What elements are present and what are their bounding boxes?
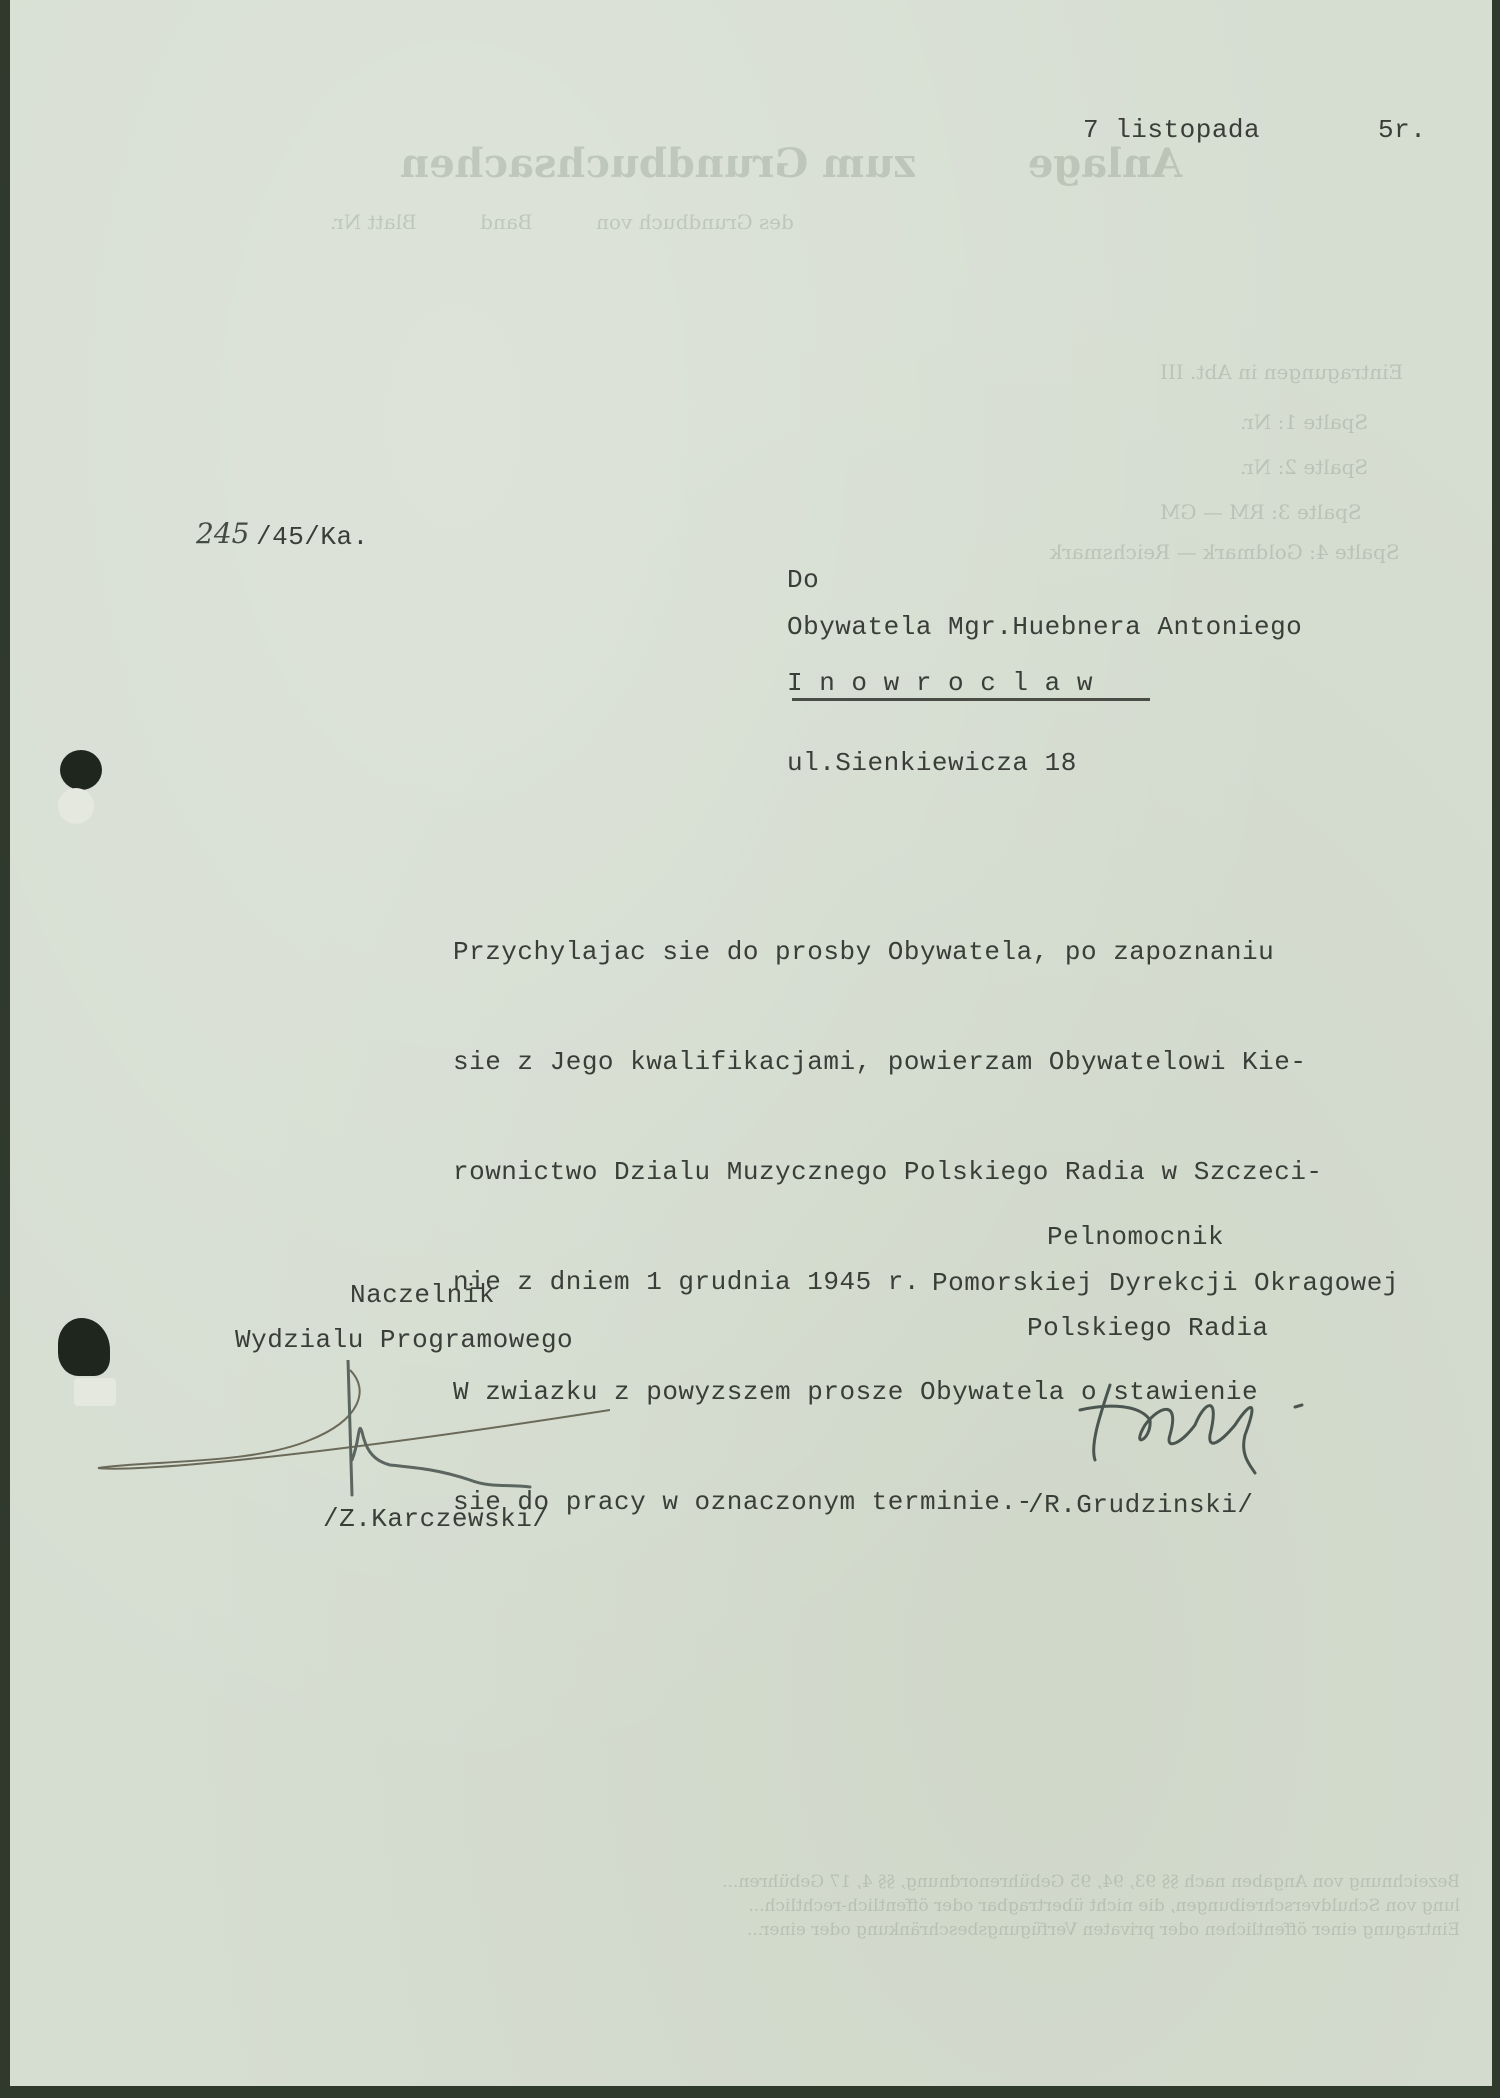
bleed-through-line: Eintragungen in Abt. III [1160,360,1403,384]
addressee-salutation: Do [787,565,819,595]
bleed-through-footer: Bezeichnung von Angaben nach §§ 93, 94, … [210,1870,1460,1942]
date-year: 5r. [1378,115,1426,145]
right-signatory-name: /R.Grudzinski/ [1028,1490,1253,1520]
body-line: sie z Jego kwalifikacjami, powierzam Oby… [453,1047,1323,1097]
body-line: rownictwo Dzialu Muzycznego Polskiego Ra… [453,1157,1323,1207]
left-title-line1: Naczelnik [350,1280,495,1310]
bleed-through-line: Spalte 1: Nr. [1240,410,1368,434]
reference-handwritten: 245 [196,517,249,550]
bleed-through-line: Spalte 4: Goldmark — Reichsmark [1050,540,1400,564]
left-signatory-name: /Z.Karczewski/ [323,1504,548,1534]
left-title-line2: Wydzialu Programowego [235,1325,573,1355]
right-title-line2: Pomorskiej Dyrekcji Okragowej [932,1268,1399,1298]
letter-paper: Anlage zum Grundbuchsachen des Grundbuch… [10,0,1492,2086]
right-title-line1: Pelnomocnik [1047,1222,1224,1252]
bleed-through-subheader: des Grundbuch von Band Blatt Nr. [330,210,794,234]
right-title-line3: Polskiego Radia [1027,1313,1269,1343]
punch-hole-upper-patch [58,788,94,824]
bleed-through-line: Spalte 3: RM — GM [1160,500,1362,524]
punch-hole-upper [60,750,102,790]
punch-hole-lower-patch [74,1378,116,1406]
signature-right [1070,1365,1370,1485]
date-day-month: 7 listopada [1083,115,1260,145]
reference-typed: /45/Ka. [256,522,369,552]
city-underline [792,698,1150,701]
bleed-through-line: Spalte 2: Nr. [1240,455,1368,479]
body-line: Przychylajac sie do prosby Obywatela, po… [453,937,1323,987]
bleed-through-header: Anlage zum Grundbuchsachen [400,140,1182,187]
addressee-name: Obywatela Mgr.Huebnera Antoniego [787,612,1302,642]
addressee-street: ul.Sienkiewicza 18 [787,748,1077,778]
addressee-city: I n o w r o c l a w [787,668,1093,698]
signature-left [90,1360,610,1500]
